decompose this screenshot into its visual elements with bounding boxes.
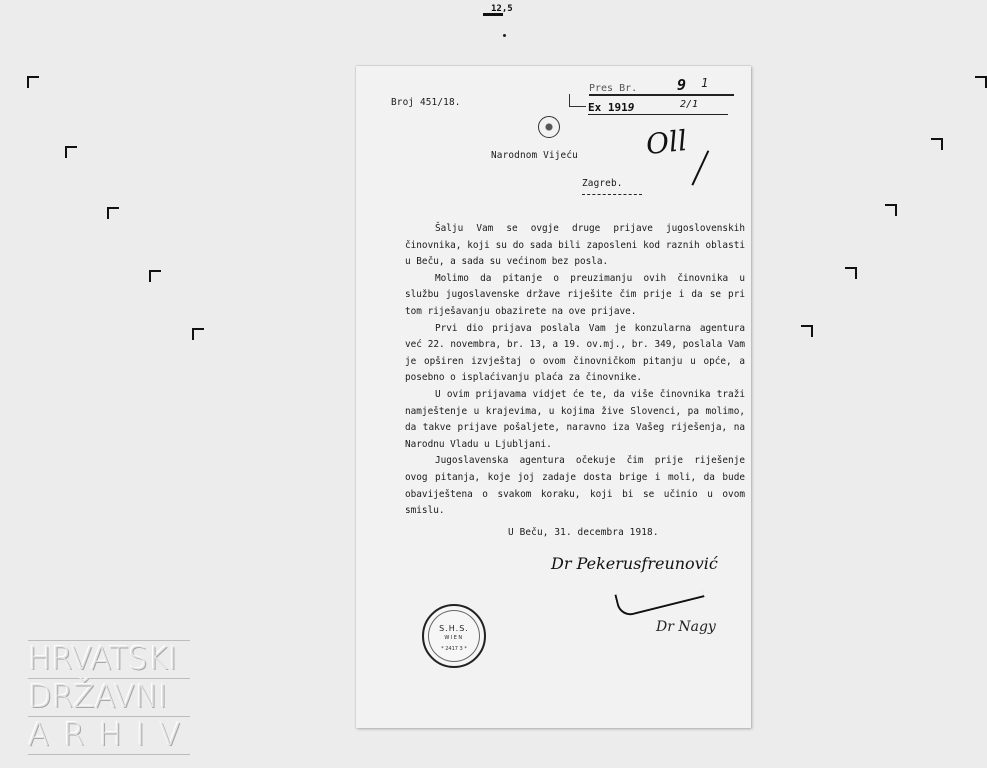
crop-mark-icon [931, 138, 943, 150]
paragraph: Šalju Vam se ovgje druge prijave jugoslo… [405, 221, 745, 271]
paragraph: Molimo da pitanje o preuzimanju ovih čin… [405, 271, 745, 321]
second-signature: Dr Nagy [656, 619, 716, 635]
reference-number: Broj 451/18. [391, 97, 461, 108]
official-seal: S.H.S. WIEN * 2417 3 * [422, 604, 486, 668]
addressee-city: Zagreb. [582, 178, 623, 189]
seal-number: * 2417 3 * [424, 646, 484, 652]
city-underline [582, 194, 642, 195]
dateline: U Beču, 31. decembra 1918. [508, 527, 659, 538]
receipt-stamp-label: Pres Br. [589, 83, 637, 94]
letter-body: Šalju Vam se ovgje druge prijave jugoslo… [405, 221, 745, 520]
crop-mark-icon [192, 328, 204, 340]
receipt-stamp-line-2: Ex 1919 2/1 [588, 101, 728, 115]
stamp-bracket [569, 94, 586, 107]
receipt-number: 2/1 [680, 99, 698, 110]
receipt-stamp-value: 9 [677, 76, 686, 94]
page-mark: 1 [701, 76, 708, 90]
document-page: Broj 451/18. Pres Br. 9 Ex 1919 2/1 1 Ol… [356, 66, 751, 728]
receipt-year-digit: 9 [628, 101, 635, 114]
addressee: Narodnom Vijeću [491, 150, 578, 161]
handwritten-initials: Oll [644, 124, 688, 161]
crop-mark-icon [27, 76, 39, 88]
paragraph: U ovim prijavama vidjet će te, da više č… [405, 387, 745, 453]
crop-mark-icon [845, 267, 857, 279]
signature-flourish [614, 574, 704, 618]
archive-mark-bar [483, 13, 503, 16]
receipt-stamp-line-1: Pres Br. 9 [589, 83, 734, 96]
receipt-year-label: Ex 191 [588, 101, 628, 114]
signature: Dr Pekerusfreunović [551, 554, 718, 573]
crop-mark-icon [65, 146, 77, 158]
round-stamp-icon [538, 116, 560, 138]
crop-mark-icon [975, 76, 987, 88]
archive-dot [503, 34, 506, 37]
crop-mark-icon [885, 204, 897, 216]
archive-watermark-logo: HRVATSKI DRŽAVNI ARHIV [28, 638, 190, 757]
seal-center-text: S.H.S. [424, 624, 484, 633]
watermark-line-2: DRŽAVNI [28, 681, 190, 714]
paragraph: Prvi dio prijava poslala Vam je konzular… [405, 321, 745, 387]
crop-mark-icon [107, 207, 119, 219]
seal-city: WIEN [424, 635, 484, 641]
watermark-line-1: HRVATSKI [28, 643, 190, 676]
paragraph: Jugoslavenska agentura očekuje čim prije… [405, 453, 745, 519]
crop-mark-icon [149, 270, 161, 282]
crop-mark-icon [801, 325, 813, 337]
watermark-line-3: ARHIV [28, 719, 190, 752]
